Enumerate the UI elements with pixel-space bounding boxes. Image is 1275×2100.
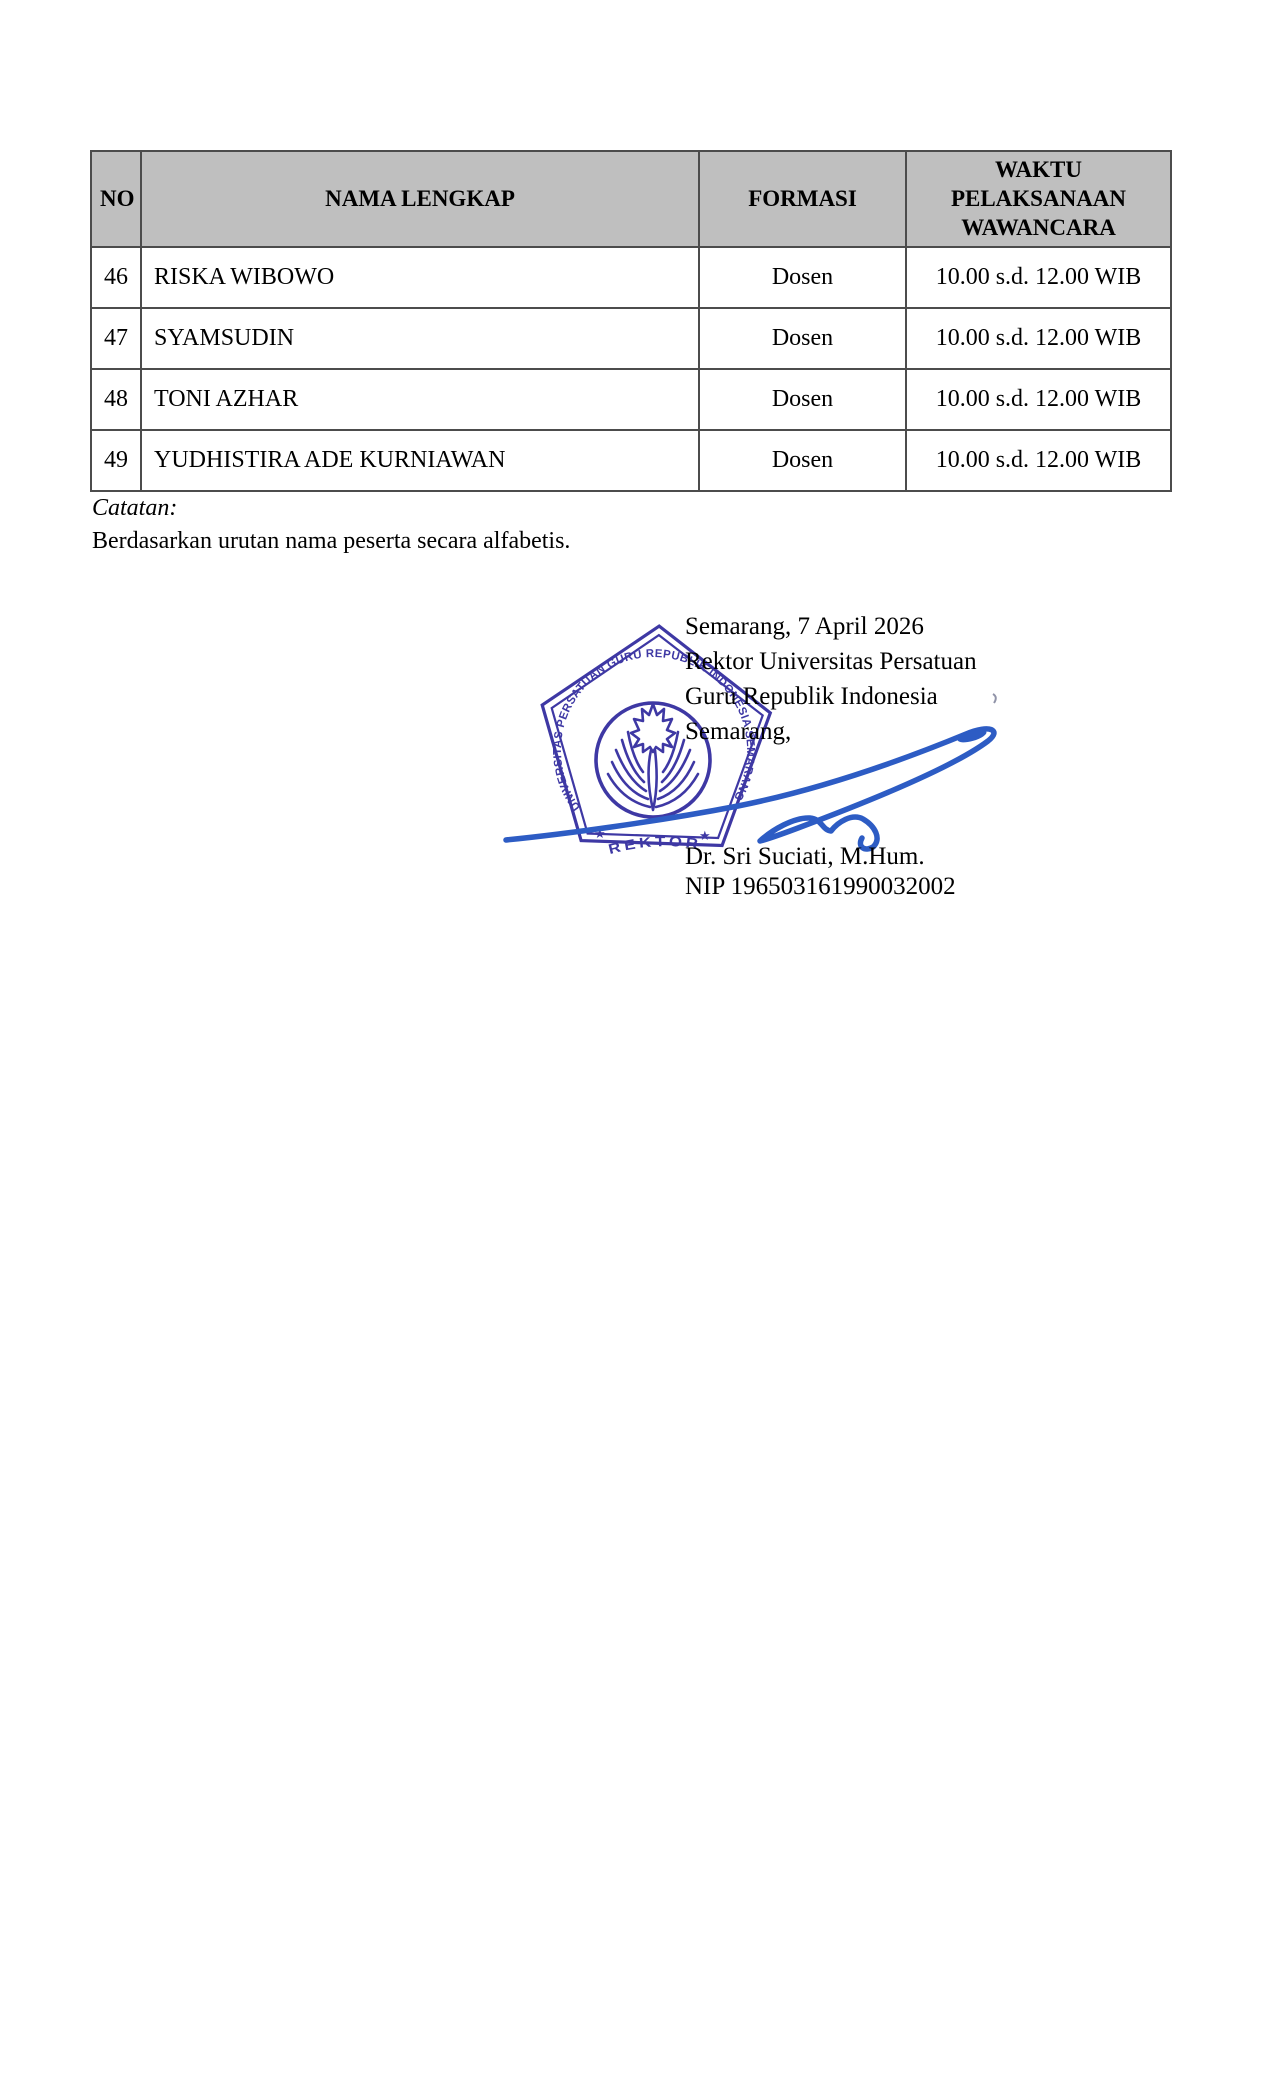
signature-place-date: Semarang, 7 April 2026 — [685, 609, 977, 644]
signature-title-line: Semarang, — [685, 714, 977, 749]
signature-title-line: Guru Republik Indonesia — [685, 679, 977, 714]
scanned-document-page: NO NAMA LENGKAP FORMASI WAKTU PELAKSANAA… — [0, 0, 1275, 2100]
table-row: 49 YUDHISTIRA ADE KURNIAWAN Dosen 10.00 … — [91, 430, 1171, 491]
cell-nama: SYAMSUDIN — [141, 308, 699, 369]
signer-identity: Dr. Sri Suciati, M.Hum. NIP 196503161990… — [685, 842, 956, 902]
header-no: NO — [91, 151, 141, 247]
interview-schedule-table: NO NAMA LENGKAP FORMASI WAKTU PELAKSANAA… — [90, 150, 1172, 492]
cell-no: 46 — [91, 247, 141, 308]
table-row: 47 SYAMSUDIN Dosen 10.00 s.d. 12.00 WIB — [91, 308, 1171, 369]
signature-title-line: Rektor Universitas Persatuan — [685, 644, 977, 679]
cell-formasi: Dosen — [699, 308, 906, 369]
table-row: 48 TONI AZHAR Dosen 10.00 s.d. 12.00 WIB — [91, 369, 1171, 430]
header-formasi: FORMASI — [699, 151, 906, 247]
scan-artifact-mark — [993, 694, 996, 703]
note-label: Catatan: — [92, 492, 570, 525]
table-header-row: NO NAMA LENGKAP FORMASI WAKTU PELAKSANAA… — [91, 151, 1171, 247]
cell-no: 49 — [91, 430, 141, 491]
signer-nip: NIP 196503161990032002 — [685, 872, 956, 902]
stamp-star-right-icon: ★ — [699, 828, 711, 843]
note-section: Catatan: Berdasarkan urutan nama peserta… — [92, 492, 570, 558]
cell-formasi: Dosen — [699, 247, 906, 308]
signature-block: Semarang, 7 April 2026 Rektor Universita… — [685, 609, 977, 749]
header-waktu: WAKTU PELAKSANAAN WAWANCARA — [906, 151, 1171, 247]
cell-nama: YUDHISTIRA ADE KURNIAWAN — [141, 430, 699, 491]
cell-formasi: Dosen — [699, 430, 906, 491]
cell-waktu: 10.00 s.d. 12.00 WIB — [906, 369, 1171, 430]
table-row: 46 RISKA WIBOWO Dosen 10.00 s.d. 12.00 W… — [91, 247, 1171, 308]
stamp-star-left-icon: ★ — [594, 826, 606, 841]
cell-no: 48 — [91, 369, 141, 430]
cell-nama: RISKA WIBOWO — [141, 247, 699, 308]
cell-waktu: 10.00 s.d. 12.00 WIB — [906, 308, 1171, 369]
signer-name: Dr. Sri Suciati, M.Hum. — [685, 842, 956, 872]
cell-formasi: Dosen — [699, 369, 906, 430]
cell-nama: TONI AZHAR — [141, 369, 699, 430]
header-nama-lengkap: NAMA LENGKAP — [141, 151, 699, 247]
cell-waktu: 10.00 s.d. 12.00 WIB — [906, 430, 1171, 491]
note-text: Berdasarkan urutan nama peserta secara a… — [92, 525, 570, 558]
cell-waktu: 10.00 s.d. 12.00 WIB — [906, 247, 1171, 308]
cell-no: 47 — [91, 308, 141, 369]
